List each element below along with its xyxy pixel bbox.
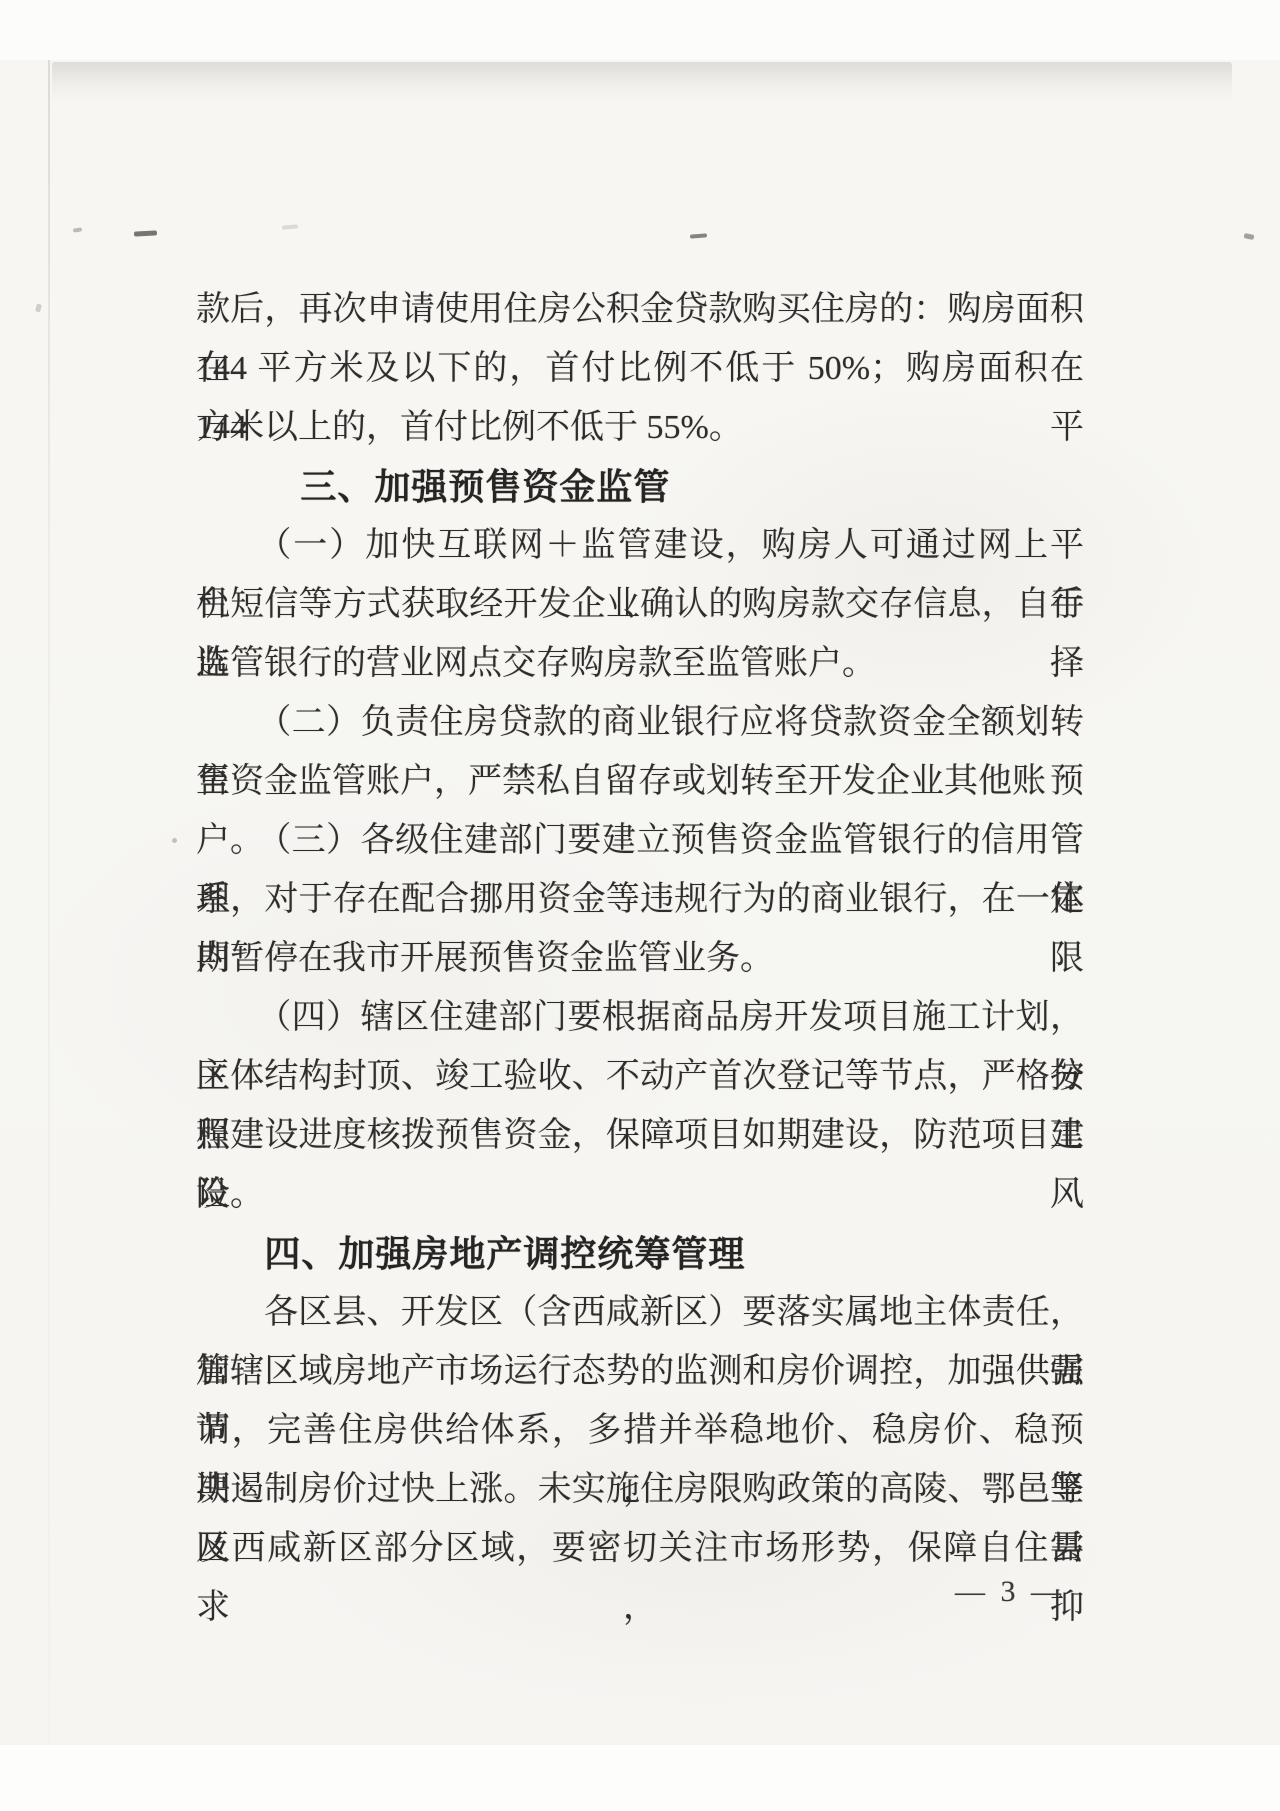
text-line: 144 平方米及以下的，首付比例不低于 50%；购房面积在 144 平 xyxy=(196,339,1084,398)
text-line: 款后，再次申请使用住房公积金贷款购买住房的：购房面积在 xyxy=(196,280,1084,339)
section-heading: 四、加强房地产调控统筹管理 xyxy=(196,1224,1084,1283)
text-line: 各区县、开发区（含西咸新区）要落实属地主体责任，加强 xyxy=(196,1283,1084,1342)
text-line: 主体结构封顶、竣工验收、不动产首次登记等节点，严格按照工 xyxy=(196,1047,1084,1106)
text-line: 管辖区域房地产市场运行态势的监测和房价调控，加强供需调 xyxy=(196,1342,1084,1401)
text-line: 决遏制房价过快上涨。未实施住房限购政策的高陵、鄂邑等区县 xyxy=(196,1460,1084,1519)
document-body: 款后，再次申请使用住房公积金贷款购买住房的：购房面积在144 平方米及以下的，首… xyxy=(196,280,1084,1578)
text-line: （四）辖区住建部门要根据商品房开发项目施工计划，区分 xyxy=(196,988,1084,1047)
page-number: — 3 — xyxy=(940,1562,1080,1622)
text-line: 程建设进度核拨预售资金，保障项目如期建设，防范项目建设风 xyxy=(196,1106,1084,1165)
text-line: 机短信等方式获取经开发企业确认的购房款交存信息，自行选择 xyxy=(196,575,1084,634)
text-line: 节，完善住房供给体系，多措并举稳地价、稳房价、稳预期，坚 xyxy=(196,1401,1084,1460)
scan-artifact-dot xyxy=(172,838,177,843)
text-line: 售资金监管账户，严禁私自留存或划转至开发企业其他账户。 xyxy=(196,752,1084,811)
scanned-page: { "document": { "language": "zh-CN", "li… xyxy=(0,0,1280,1811)
text-line: 系，对于存在配合挪用资金等违规行为的商业银行，在一定期限 xyxy=(196,870,1084,929)
text-line: （二）负责住房贷款的商业银行应将贷款资金全额划转至预 xyxy=(196,693,1084,752)
section-heading: 三、加强预售资金监管 xyxy=(196,457,1084,516)
scan-top-edge-shadow xyxy=(52,62,1232,102)
text-line: （一）加快互联网＋监管建设，购房人可通过网上平台、手 xyxy=(196,516,1084,575)
text-line: （三）各级住建部门要建立预售资金监管银行的信用管理体 xyxy=(196,811,1084,870)
scan-left-edge xyxy=(48,60,50,1745)
scanner-background-strip xyxy=(0,1745,1280,1811)
